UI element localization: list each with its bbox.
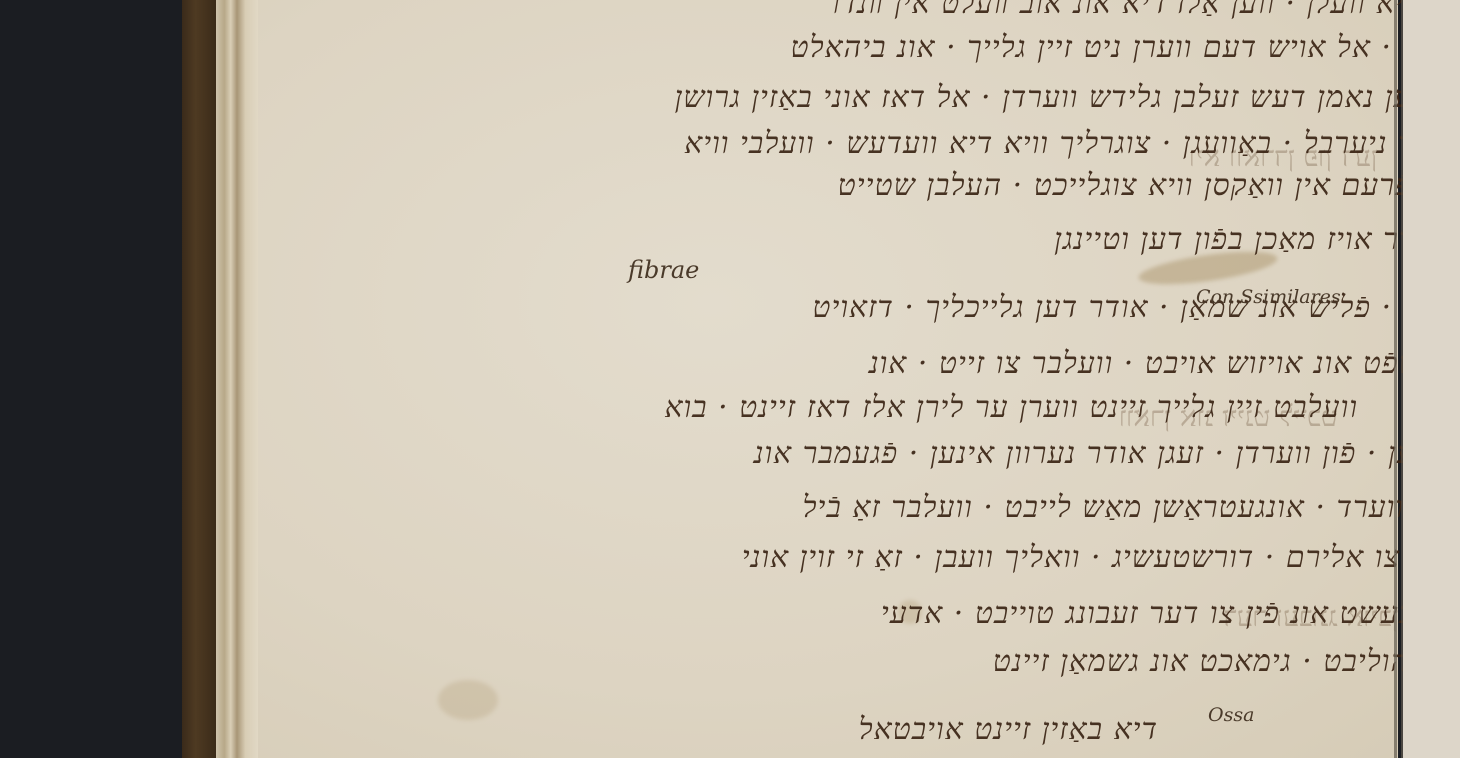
manuscript-line: זיין פֿרעם אין וואַקסן וויא צוגלייכט · ה… xyxy=(838,168,1458,203)
manuscript-line: אורען · פֿון ווערדן · זעגן אודר נערוון א… xyxy=(754,436,1458,471)
manuscript-line: אַלז ווערד · אונגעטראַשן מאַש לייבט · וו… xyxy=(802,490,1458,525)
manuscript-line: גלייבעשט אונ פֿין צו דער זעבונג טוייבט ·… xyxy=(881,596,1458,631)
marginal-note: Ossa xyxy=(1208,704,1254,726)
manuscript-line: ען שפֿט אונ אויזוש אויבט · וועלבר צו זיי… xyxy=(869,346,1458,381)
manuscript-line: אוני צו אלירם · דורשטעשיג · וואליך וועבן… xyxy=(742,540,1458,575)
manuscript-line: הויט · פֿליש אונ שמאַן · אודר דען גלייכל… xyxy=(812,290,1458,325)
manuscript-text: ויא ווארדן פֿון דען ווארן אונ זיינט לייכ… xyxy=(578,0,1458,758)
manuscript-line: הייט · אל אויש דעם ווערן ניט זיין גלייך … xyxy=(791,30,1459,65)
manuscript-line: וועלבט זיין גלייך זיינט ווערן ער לירן אל… xyxy=(664,390,1358,425)
ruled-border-line xyxy=(1394,0,1397,758)
manuscript-line: עירדר אויז מאַכן בפֿון דען וטיינגן xyxy=(1054,222,1458,257)
manuscript-line: דען נאמן דעש זעלבן גלידש ווערדן · אל דאז… xyxy=(675,80,1428,115)
right-margin xyxy=(1403,0,1460,758)
water-stain xyxy=(438,680,498,720)
page-edges xyxy=(216,0,258,758)
marginal-note: Con Ssimilares xyxy=(1196,286,1341,308)
book-binding xyxy=(182,0,216,758)
manuscript-line: דיא באַזין זיינט אויבטאל xyxy=(859,712,1158,747)
interlinear-gloss: fibrae xyxy=(628,256,699,284)
manuscript-line: פֿון זיא וועלן · ווען אַלז דיא אונ אוב װ… xyxy=(825,0,1458,21)
manuscript-line: אודר ניערבל · באַוועגן · צוגרליך וויא די… xyxy=(684,126,1458,161)
dark-backdrop xyxy=(0,0,182,758)
manuscript-page: ויא ווארדן פֿון דען ווארן אונ זיינט לייכ… xyxy=(258,0,1398,758)
manuscript-line: אונ הוליבט · גימאכט אונ גשמאַן זיינט xyxy=(993,644,1458,679)
